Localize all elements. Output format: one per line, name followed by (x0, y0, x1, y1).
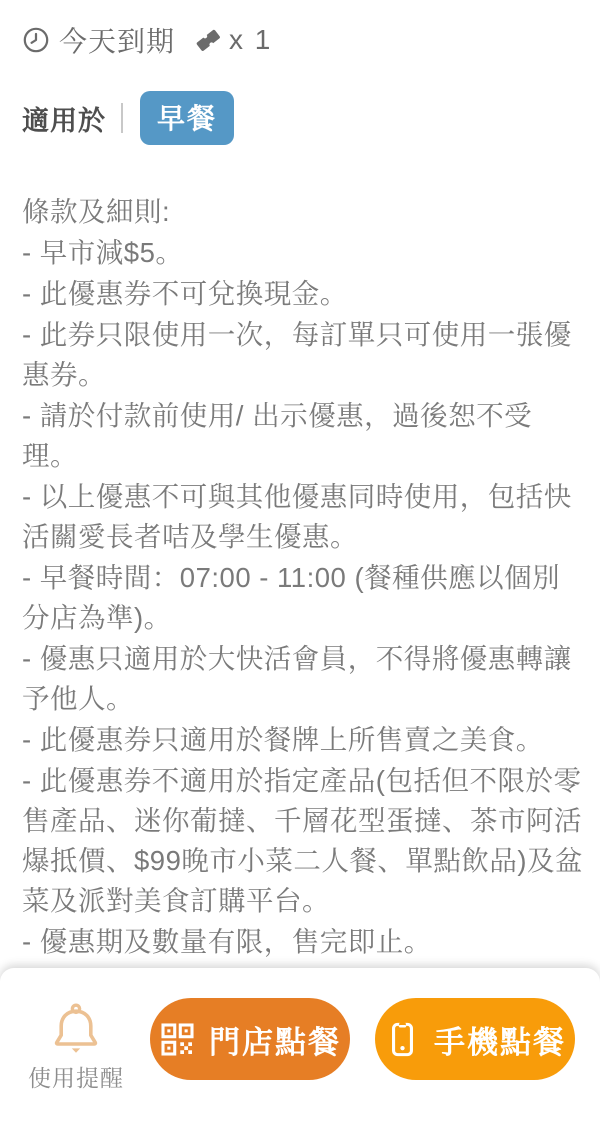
terms-item: - 早市減$5。 (22, 233, 584, 273)
expiry-label: 今天到期 (59, 20, 175, 60)
terms-section: 條款及細則: - 早市減$5。- 此優惠券不可兌換現金。- 此券只限使用一次，每… (0, 192, 600, 1003)
smartphone-icon (384, 1021, 421, 1058)
clock-icon (22, 26, 50, 54)
terms-item: - 以上優惠不可與其他優惠同時使用，包括快活關愛長者咭及學生優惠。 (22, 477, 584, 557)
terms-title: 條款及細則: (22, 192, 584, 232)
terms-item: - 早餐時間：07:00 - 11:00 (餐種供應以個別分店為準)。 (22, 558, 584, 638)
terms-item: - 優惠只適用於大快活會員，不得將優惠轉讓予他人。 (22, 639, 584, 719)
bottom-action-bar: 使用提醒 門店點餐 (0, 968, 600, 1147)
terms-item: - 請於付款前使用/ 出示優惠，過後恕不受理。 (22, 396, 584, 476)
terms-list: - 早市減$5。- 此優惠券不可兌換現金。- 此券只限使用一次，每訂單只可使用一… (22, 233, 584, 1003)
terms-item: - 此優惠券只適用於餐牌上所售賣之美食。 (22, 720, 584, 760)
terms-item: - 此優惠券不適用於指定產品(包括但不限於零售產品、迷你葡撻、千層花型蛋撻、茶市… (22, 761, 584, 921)
coupon-header: 今天到期 x 1 適用於 早餐 (0, 0, 600, 145)
mobile-order-button[interactable]: 手機點餐 (375, 998, 575, 1080)
expiry-row: 今天到期 x 1 (22, 20, 578, 60)
quantity-label: x 1 (229, 24, 272, 56)
category-badge[interactable]: 早餐 (140, 91, 234, 145)
store-order-label: 門店點餐 (209, 1017, 341, 1062)
store-order-button[interactable]: 門店點餐 (150, 998, 350, 1080)
applicable-row: 適用於 早餐 (22, 91, 578, 145)
ticket-icon (193, 25, 223, 55)
terms-item: - 優惠期及數量有限，售完即止。 (22, 922, 584, 962)
mobile-order-label: 手機點餐 (434, 1017, 566, 1062)
usage-reminder-button[interactable]: 使用提醒 (30, 1002, 122, 1093)
bell-icon (50, 1002, 102, 1058)
vertical-divider (121, 103, 123, 133)
applicable-label: 適用於 (22, 99, 106, 138)
terms-item: - 此券只限使用一次，每訂單只可使用一張優惠券。 (22, 315, 584, 395)
qr-code-icon (159, 1021, 196, 1058)
usage-reminder-label: 使用提醒 (28, 1060, 124, 1093)
terms-item: - 此優惠券不可兌換現金。 (22, 274, 584, 314)
